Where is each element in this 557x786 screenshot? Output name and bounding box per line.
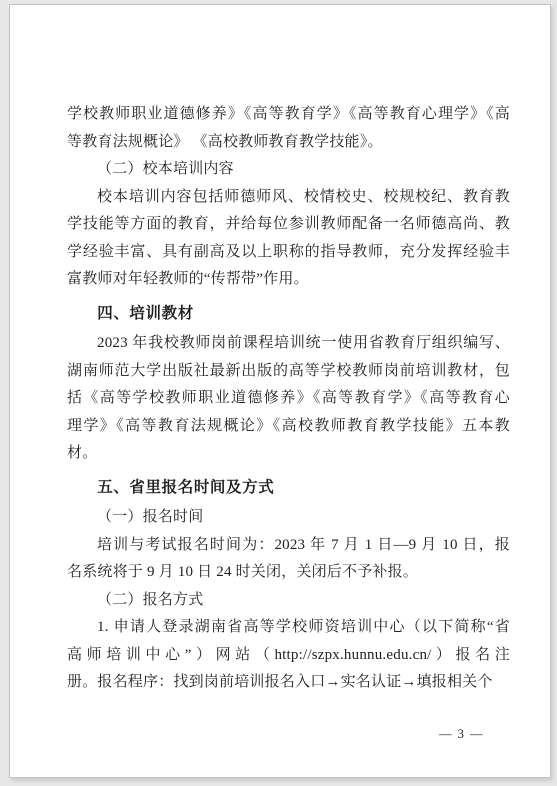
text-line: 括《高等学校教师职业道德修养》《高等教育学》《高等教育心: [67, 385, 510, 413]
text-line: 校本培训内容包括师德师风、校情校史、校规校纪、教育教: [67, 184, 510, 212]
section-heading: 五、省里报名时间及方式: [67, 474, 510, 502]
text-line: 2023 年我校教师岗前课程培训统一使用省教育厅组织编写、: [67, 330, 510, 358]
text-line: 富教师对年轻教师的“传帮带”作用。: [67, 266, 510, 294]
text-line: 培训与考试报名时间为：2023 年 7 月 1 日—9 月 10 日，报: [67, 532, 510, 560]
text-line: 学技能等方面的教育，并给每位参训教师配备一名师德高尚、教: [67, 211, 510, 239]
text-line: 名系统将于 9 月 10 日 24 时关闭，关闭后不予补报。: [67, 559, 510, 587]
subsection-heading: （二）校本培训内容: [67, 156, 510, 184]
text-line: 学校教师职业道德修养》《高等教育学》《高等教育心理学》《高: [67, 101, 510, 129]
text-line: 1. 申请人登录湖南省高等学校师资培训中心（以下简称“省: [67, 614, 510, 642]
page-content: 学校教师职业道德修养》《高等教育学》《高等教育心理学》《高等教育法规概论》 《高…: [67, 101, 510, 697]
text-line: 材。: [67, 440, 510, 468]
text-line: 等教育法规概论》 《高校教师教育教学技能》。: [67, 129, 510, 157]
text-line: 理学》《高等教育法规概论》《高校教师教育教学技能》五本教: [67, 413, 510, 441]
subsection-heading: （二）报名方式: [67, 587, 510, 615]
text-line: 高师培训中心”）网站（http://szpx.hunnu.edu.cn/）报名注: [67, 642, 510, 670]
text-line: 湖南师范大学出版社最新出版的高等学校教师岗前培训教材，包: [67, 358, 510, 386]
text-line: 册。报名程序：找到岗前培训报名入口→实名认证→填报相关个: [67, 669, 510, 697]
document-canvas: 学校教师职业道德修养》《高等教育学》《高等教育心理学》《高等教育法规概论》 《高…: [0, 0, 557, 786]
subsection-heading: （一）报名时间: [67, 504, 510, 532]
document-page: 学校教师职业道德修养》《高等教育学》《高等教育心理学》《高等教育法规概论》 《高…: [9, 4, 551, 778]
page-number: — 3 —: [439, 727, 484, 742]
text-line: 学经验丰富、具有副高及以上职称的指导教师，充分发挥经验丰: [67, 239, 510, 267]
section-heading: 四、培训教材: [67, 300, 510, 328]
